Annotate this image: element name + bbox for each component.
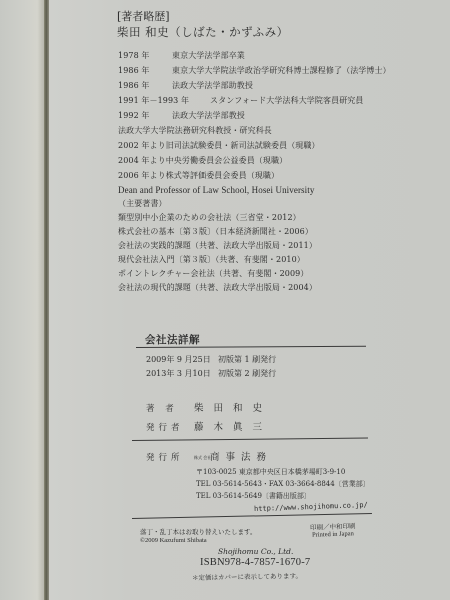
price-note: ＊定価はカバーに表示してあります。 (192, 571, 302, 582)
replacement-notice: 落丁・乱丁本はお取り替えいたします。 (140, 527, 256, 536)
publisher-person-line: 発行者藤木眞三 (146, 419, 272, 433)
work-item: 会社法の実践的課題（共著、法政大学出版局・2011） (118, 240, 317, 251)
work-item: 類型別中小企業のための会社法（三省堂・2012） (118, 212, 301, 223)
history-item: 2006 年より株式等評価委員会委員（現職） (118, 170, 279, 181)
bio-heading: [著者略歴] (117, 8, 170, 24)
history-item: 1986 年法政大学法学部助教授 (118, 80, 253, 91)
work-item: 会社法の現代的課題（共著、法政大学出版局・2004） (118, 282, 317, 293)
history-item: 1991 年－1993 年スタンフォード大学法科大学院客員研究員 (118, 95, 364, 106)
history-item: 法政大学大学院法務研究科教授・研究科長 (118, 125, 272, 136)
isbn: ISBN978-4-7857-1670-7 (200, 557, 310, 568)
printed-in: Printed in Japan (312, 530, 354, 538)
work-item: 現代会社法入門〔第３版〕（共著、有斐閣・2010） (118, 254, 305, 265)
history-item: 1986 年東京大学大学院法学政治学研究科博士課程修了（法学博士） (118, 65, 391, 76)
history-item: 1992 年法政大学法学部教授 (118, 110, 245, 121)
history-item: 1978 年東京大学法学部卒業 (118, 50, 245, 61)
copyright: ©2009 Kazufumi Shibata (140, 537, 207, 544)
edition-line: 2009年 9 月25日初版第 1 刷発行 (146, 354, 276, 365)
left-page-edge (0, 0, 44, 600)
book-title: 会社法詳解 (145, 332, 200, 347)
company-prefix: 株式 会社 (194, 456, 204, 460)
edition-line: 2013年 3 月10日初版第 2 刷発行 (146, 368, 276, 379)
work-item: 株式会社の基本〔第３版〕（日本経済新聞社・2006） (118, 226, 313, 237)
history-item: 2002 年より旧司法試験委員・新司法試験委員（現職） (118, 140, 320, 151)
tel-sales: TEL 03-5614-5643・FAX 03-3664-8844〔営業部〕 (196, 479, 370, 489)
author-line: 著 者柴田和史 (146, 400, 272, 414)
works-heading: （主要著書） (118, 198, 167, 209)
address: 〒103-0025 東京都中央区日本橋茅場町3-9-10 (196, 467, 345, 477)
history-item-english: Dean and Professor of Law School, Hosei … (118, 185, 314, 195)
work-item: ポイントレクチャー会社法（共著、有斐閣・2009） (118, 268, 308, 279)
history-item: 2004 年より中央労働委員会公益委員（現職） (118, 155, 287, 166)
tel-books: TEL 03-5614-5649〔書籍出版部〕 (196, 491, 311, 501)
publisher-office-line: 発行所株式 会社商事法務 (146, 449, 272, 463)
author-name-reading: 柴田 和史（しばた・かずふみ） (117, 24, 289, 40)
publisher-english: Shojihomu Co., Ltd. (218, 547, 293, 556)
